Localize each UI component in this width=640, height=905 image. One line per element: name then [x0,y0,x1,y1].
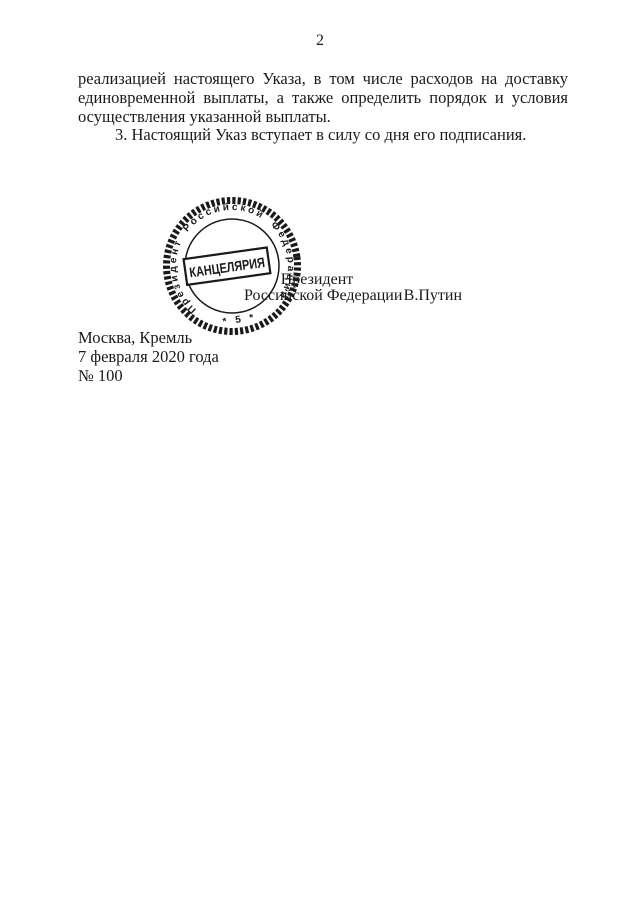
body-paragraph: реализацией настоящего Указа, в том числ… [78,70,568,145]
body-line: единовременной выплаты, а также определи… [78,89,568,108]
body-line: 3. Настоящий Указ вступает в силу со дня… [78,126,568,145]
body-line: осуществления указанной выплаты. [78,108,568,127]
document-page: 2 реализацией настоящего Указа, в том чи… [0,0,640,905]
signature-line2: Российской Федерации В.Путин [244,286,462,305]
chancellery-stamp: Президент Российской Федерации * 5 * КАН… [157,191,307,341]
date-line: 7 февраля 2020 года [78,347,219,366]
signature-title-line2: Российской Федерации [244,286,402,305]
page-number: 2 [0,31,640,50]
issuance-block: Москва, Кремль 7 февраля 2020 года № 100 [78,328,219,385]
signatory-name: В.Путин [404,286,462,305]
decree-number-line: № 100 [78,366,219,385]
place-line: Москва, Кремль [78,328,219,347]
body-line: реализацией настоящего Указа, в том числ… [78,70,568,89]
